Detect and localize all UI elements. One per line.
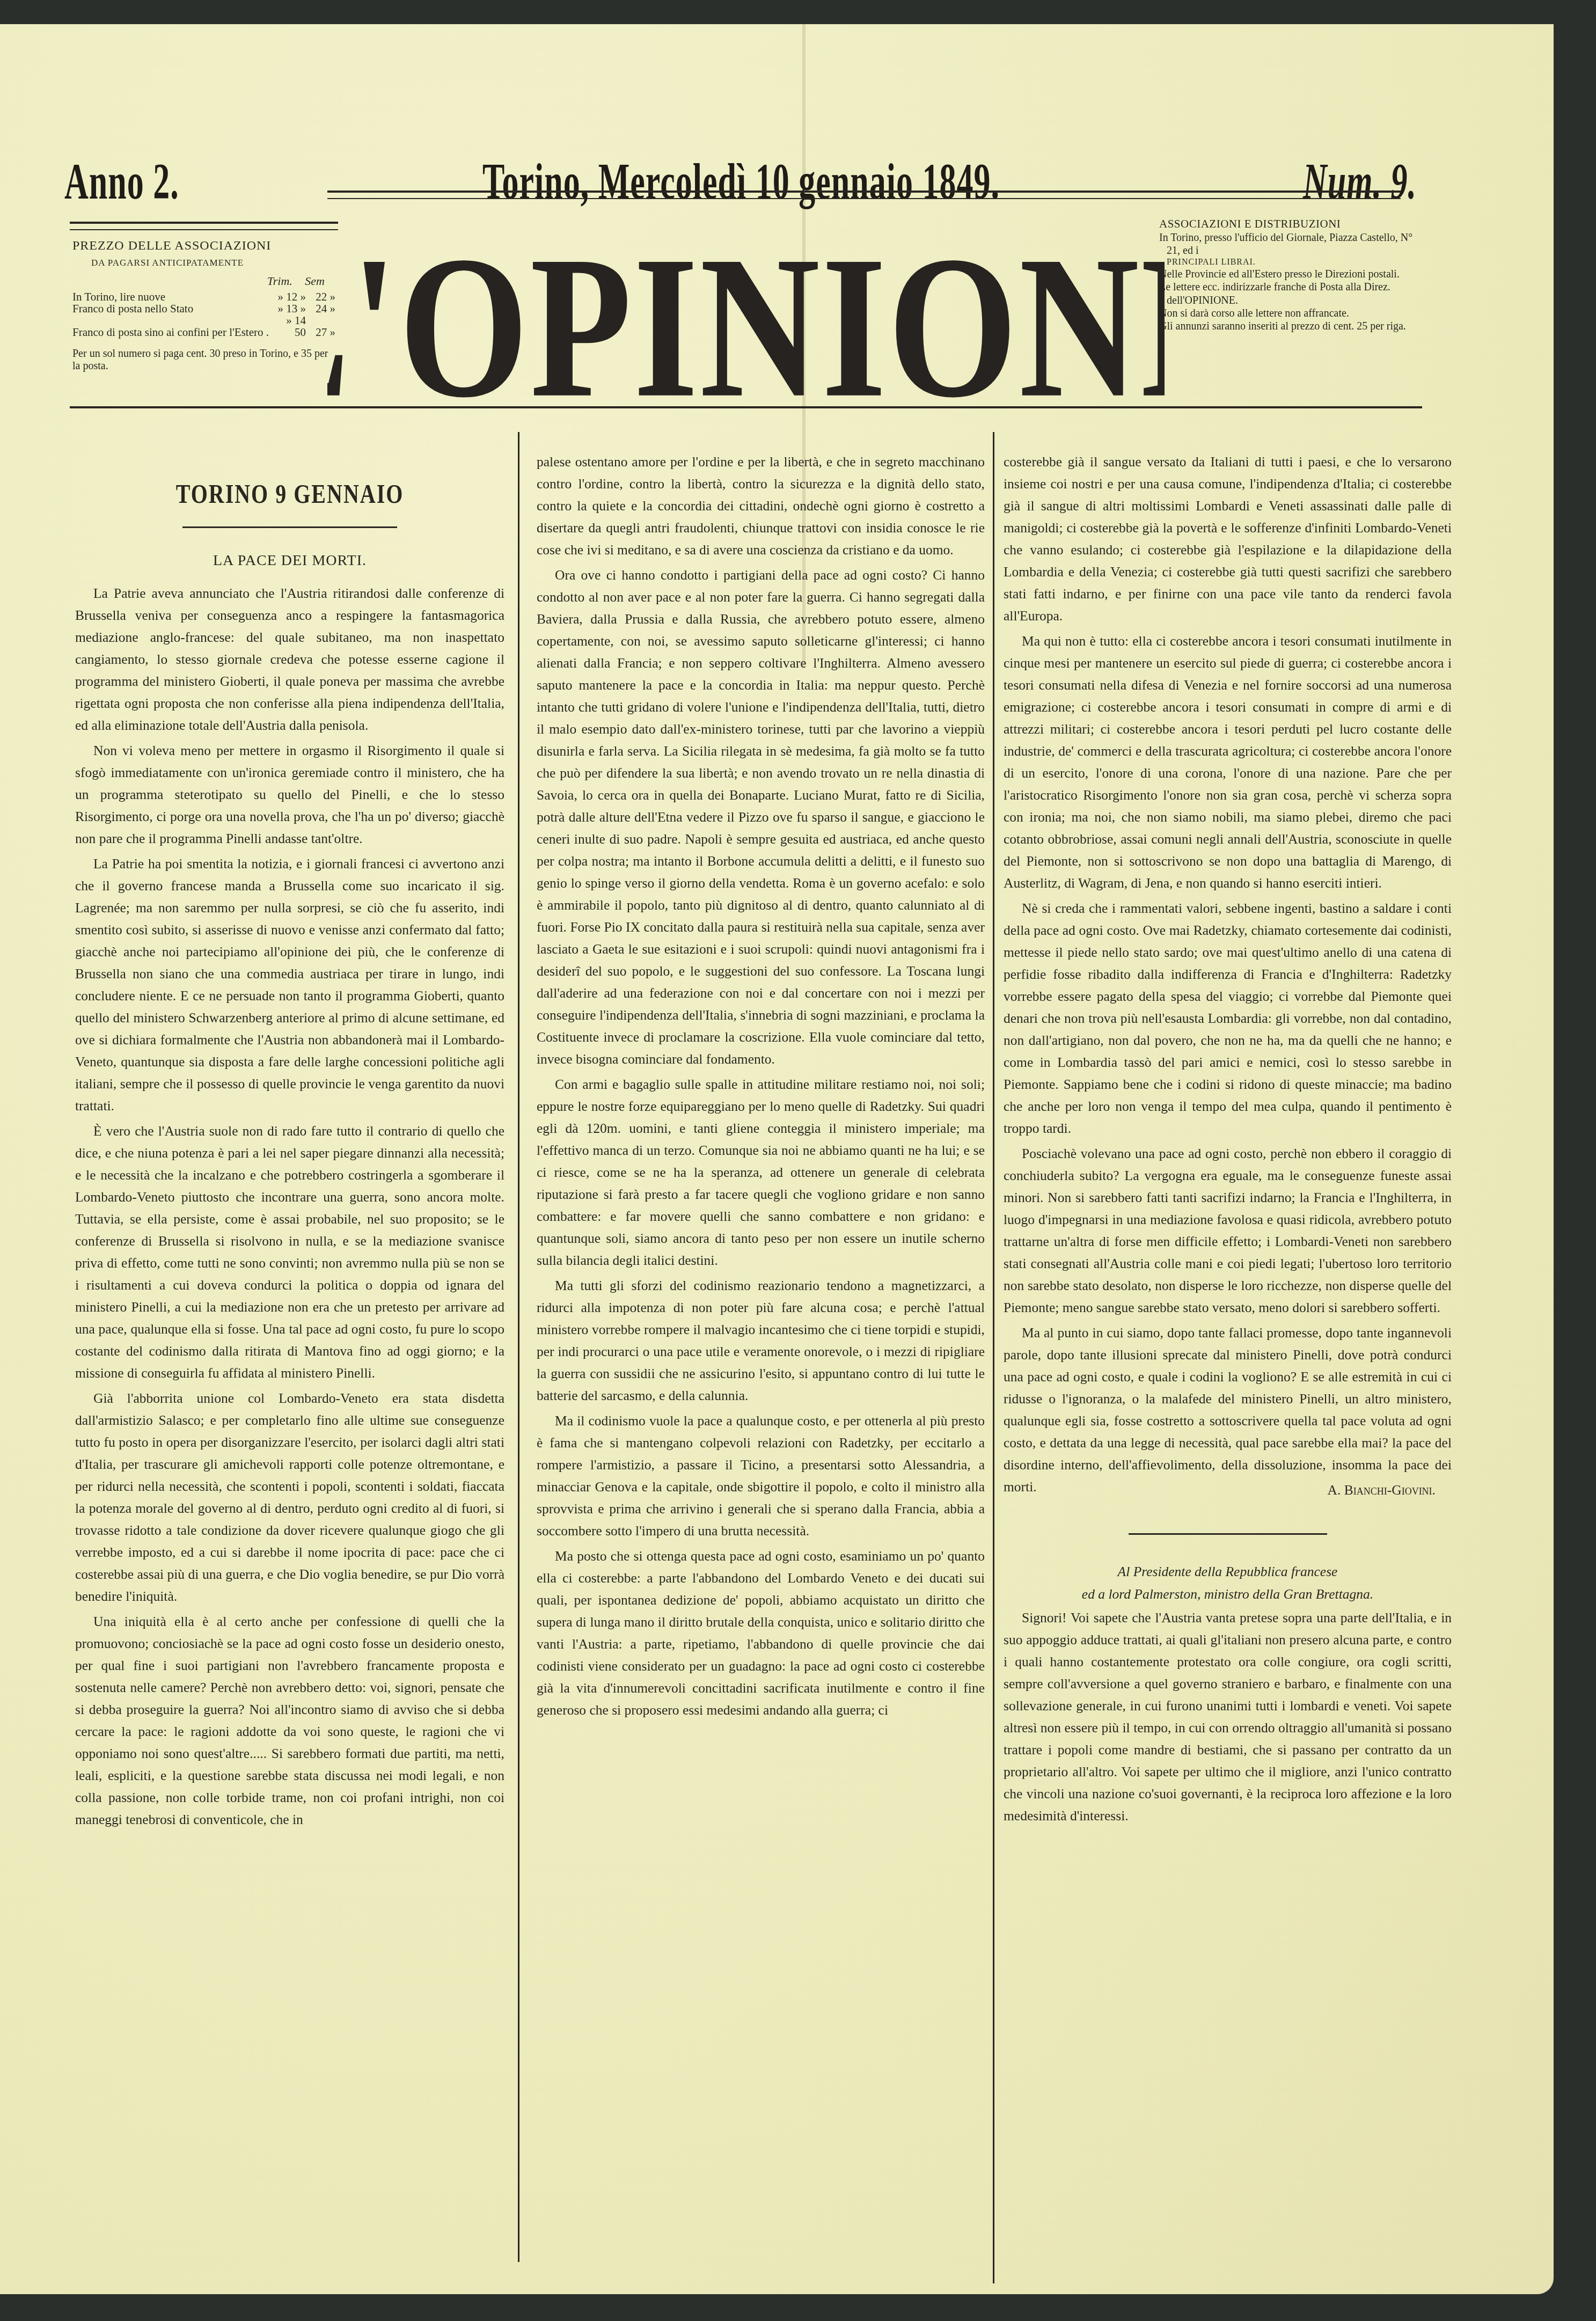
paragraph: costerebbe già il sangue versato da Ital… — [1004, 451, 1452, 627]
column-divider-1 — [518, 432, 519, 2262]
prezzo-row: Franco di posta sino ai confini per l'Es… — [72, 314, 335, 338]
letter-addressee-1: Al Presidente della Repubblica francese — [1004, 1562, 1452, 1582]
column-divider-2 — [993, 432, 994, 2283]
paragraph: Ma posto che si ottenga questa pace ad o… — [537, 1545, 985, 1721]
paragraph: La Patrie ha poi smentita la notizia, e … — [75, 853, 504, 1117]
article-title: LA PACE DEI MORTI. — [75, 550, 504, 572]
paragraph: Ora ove ci hanno condotto i partigiani d… — [537, 564, 985, 1070]
section-heading: TORINO 9 GENNAIO — [75, 480, 504, 508]
assoc-line: In Torino, presso l'ufficio del Giornale… — [1159, 231, 1422, 258]
issue-year: Anno 2. — [64, 153, 179, 212]
paragraph: Con armi e bagaglio sulle spalle in atti… — [537, 1073, 985, 1271]
prezzo-subheading: da pagarsi anticipatamente — [91, 257, 335, 268]
letter-addressee-2: ed a lord Palmerston, ministro della Gra… — [1004, 1584, 1452, 1605]
prezzo-top-rule — [70, 222, 338, 230]
prezzo-row: In Torino, lire nuove » 12 » 22 » — [72, 291, 335, 303]
author-signature: A. Bianchi-Giovini. — [1004, 1479, 1452, 1501]
paragraph: Nè si creda che i rammentati valori, seb… — [1004, 897, 1452, 1139]
prezzo-table: In Torino, lire nuove » 12 » 22 » Franco… — [72, 291, 335, 338]
letter-body: Signori! Voi sapete che l'Austria vanta … — [1004, 1607, 1452, 1827]
letter-separator-rule — [1129, 1533, 1327, 1535]
header-bottom-rule — [70, 406, 1422, 410]
prezzo-heading: Prezzo delle Associazioni — [72, 238, 335, 254]
assoc-line: principali Librai. — [1159, 257, 1422, 268]
paragraph: Ma il codinismo vuole la pace a qualunqu… — [537, 1410, 985, 1542]
assoc-line: Gli annunzi saranno inseriti al prezzo d… — [1159, 320, 1422, 333]
assoc-line: Le lettere ecc. indirizzarle franche di … — [1159, 281, 1422, 307]
subscription-prices-box: Prezzo delle Associazioni da pagarsi ant… — [72, 238, 335, 372]
paragraph: Ma al punto in cui siamo, dopo tante fal… — [1004, 1322, 1452, 1498]
section-rule — [182, 526, 397, 528]
issue-number: Num. 9. — [1303, 153, 1417, 212]
distribution-info-box: Associazioni e distribuzioni In Torino, … — [1159, 217, 1422, 333]
paragraph: Già l'abborrita unione col Lombardo-Vene… — [75, 1387, 504, 1607]
masthead-title: L'OPINIONE — [327, 239, 1165, 416]
assoc-heading: Associazioni e distribuzioni — [1159, 217, 1422, 231]
paragraph: Ma qui non è tutto: ella ci costerebbe a… — [1004, 630, 1452, 894]
paragraph: Ma tutti gli sforzi del codinismo reazio… — [537, 1275, 985, 1407]
paragraph: Non vi voleva meno per mettere in orgasm… — [75, 740, 504, 850]
newspaper-title: L'OPINIONE — [327, 239, 1165, 416]
paragraph: La Patrie aveva annunciato che l'Austria… — [75, 582, 504, 736]
paragraph: palese ostentano amore per l'ordine e pe… — [537, 451, 985, 561]
paragraph: Posciachè volevano una pace ad ogni cost… — [1004, 1143, 1452, 1319]
prezzo-column-labels: Trim. Sem — [72, 274, 325, 289]
paragraph: È vero che l'Austria suole non di rado f… — [75, 1120, 504, 1384]
masthead-top-rule — [327, 191, 1401, 199]
article-column-3: costerebbe già il sangue versato da Ital… — [1004, 451, 1452, 1830]
single-copy-price-note: Per un sol numero si paga cent. 30 preso… — [72, 348, 335, 372]
prezzo-row: Franco di posta nello Stato » 13 » 24 » — [72, 303, 335, 314]
paragraph: Una iniquità ella è al certo anche per c… — [75, 1610, 504, 1831]
article-column-2: palese ostentano amore per l'ordine e pe… — [537, 451, 985, 1724]
newspaper-page: Anno 2. Torino, Mercoledì 10 gennaio 184… — [0, 24, 1554, 2294]
assoc-line: Non si darà corso alle lettere non affra… — [1159, 307, 1422, 320]
assoc-line: Nelle Provincie ed all'Estero presso le … — [1159, 268, 1422, 281]
article-column-1: TORINO 9 GENNAIO LA PACE DEI MORTI. La P… — [75, 451, 504, 1834]
issue-date: Torino, Mercoledì 10 gennaio 1849. — [482, 153, 1000, 212]
